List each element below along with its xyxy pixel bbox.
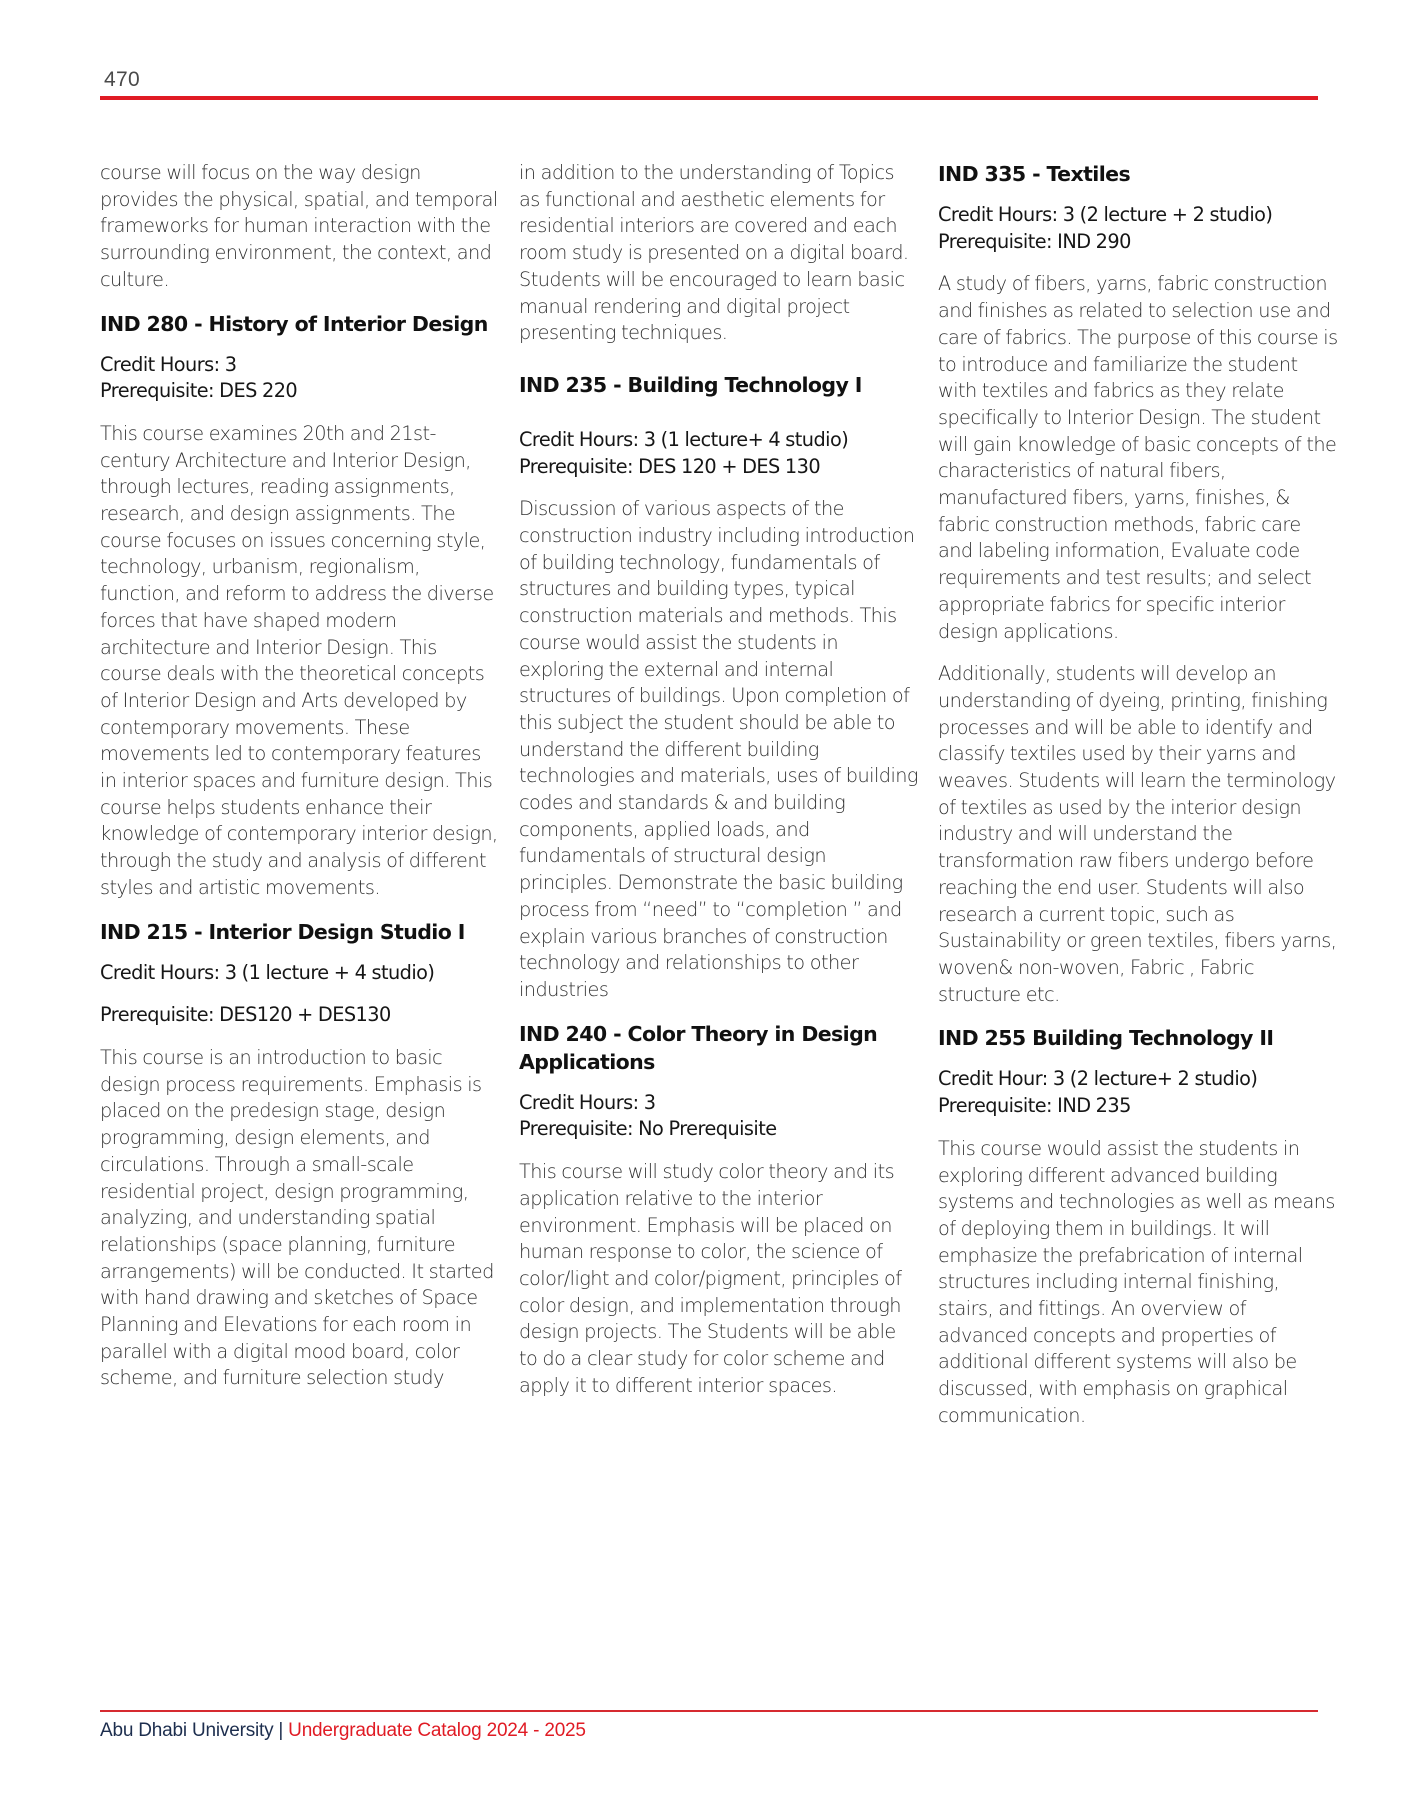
course-title: IND 215 - Interior Design Studio I: [100, 918, 500, 946]
footer-university: Abu Dhabi University: [100, 1720, 273, 1741]
footer-separator: |: [278, 1720, 283, 1741]
course-description: This course will study color theory and …: [519, 1159, 919, 1399]
credit-hours: Credit Hours: 3: [519, 1090, 919, 1117]
footer-divider: [100, 1710, 1318, 1712]
course-description: This course is an introduction to basic …: [100, 1045, 500, 1392]
continued-paragraph: course will focus on the way design prov…: [100, 160, 500, 294]
course-title: IND 335 - Textiles: [938, 160, 1338, 188]
footer: Abu Dhabi University|Undergraduate Catal…: [100, 1718, 586, 1744]
column-3: IND 335 - Textiles Credit Hours: 3 (2 le…: [938, 160, 1338, 1446]
course-description: This course examines 20th and 21st-centu…: [100, 421, 500, 902]
prerequisite: Prerequisite: IND 290: [938, 229, 1338, 256]
course-description: This course would assist the students in…: [938, 1136, 1338, 1430]
prerequisite: Prerequisite: DES 120 + DES 130: [519, 454, 919, 481]
prerequisite: Prerequisite: No Prerequisite: [519, 1116, 919, 1143]
column-2: in addition to the understanding of Topi…: [519, 160, 919, 1415]
course-title: IND 235 - Building Technology I: [519, 371, 919, 399]
course-title: IND 255 Building Technology II: [938, 1024, 1338, 1052]
page-number: 470: [104, 68, 140, 92]
course-meta: Credit Hours: 3 Prerequisite: No Prerequ…: [519, 1090, 919, 1143]
course-ind-215: IND 215 - Interior Design Studio I Credi…: [100, 918, 500, 1393]
course-description-continued: Additionally, students will develop an u…: [938, 661, 1338, 1008]
continued-paragraph: in addition to the understanding of Topi…: [519, 160, 919, 347]
course-meta: Credit Hour: 3 (2 lecture+ 2 studio) Pre…: [938, 1066, 1338, 1119]
course-ind-240: IND 240 - Color Theory in Design Applica…: [519, 1020, 919, 1400]
credit-hours: Credit Hours: 3 (1 lecture+ 4 studio): [519, 427, 919, 454]
course-meta: Credit Hours: 3 Prerequisite: DES 220: [100, 352, 500, 405]
credit-hours: Credit Hours: 3 (2 lecture + 2 studio): [938, 202, 1338, 229]
prerequisite: Prerequisite: DES 220: [100, 378, 500, 405]
course-title: IND 280 - History of Interior Design: [100, 310, 500, 338]
course-ind-235: IND 235 - Building Technology I Credit H…: [519, 371, 919, 1004]
prerequisite: Prerequisite: IND 235: [938, 1093, 1338, 1120]
course-meta: Credit Hours: 3 (2 lecture + 2 studio) P…: [938, 202, 1338, 255]
course-description: A study of fibers, yarns, fabric constru…: [938, 271, 1338, 645]
credit-hours: Credit Hours: 3: [100, 352, 500, 379]
course-ind-335: IND 335 - Textiles Credit Hours: 3 (2 le…: [938, 160, 1338, 1008]
credit-hours: Credit Hour: 3 (2 lecture+ 2 studio): [938, 1066, 1338, 1093]
course-meta: Credit Hours: 3 (1 lecture+ 4 studio) Pr…: [519, 427, 919, 480]
course-title: IND 240 - Color Theory in Design Applica…: [519, 1020, 919, 1076]
column-1: course will focus on the way design prov…: [100, 160, 500, 1408]
course-description: Discussion of various aspects of the con…: [519, 496, 919, 1003]
prerequisite: Prerequisite: DES120 + DES130: [100, 1002, 500, 1029]
course-ind-255: IND 255 Building Technology II Credit Ho…: [938, 1024, 1338, 1429]
footer-catalog-title: Undergraduate Catalog 2024 - 2025: [288, 1720, 586, 1741]
credit-hours: Credit Hours: 3 (1 lecture + 4 studio): [100, 960, 500, 987]
course-ind-280: IND 280 - History of Interior Design Cre…: [100, 310, 500, 902]
header-divider: [100, 96, 1318, 100]
